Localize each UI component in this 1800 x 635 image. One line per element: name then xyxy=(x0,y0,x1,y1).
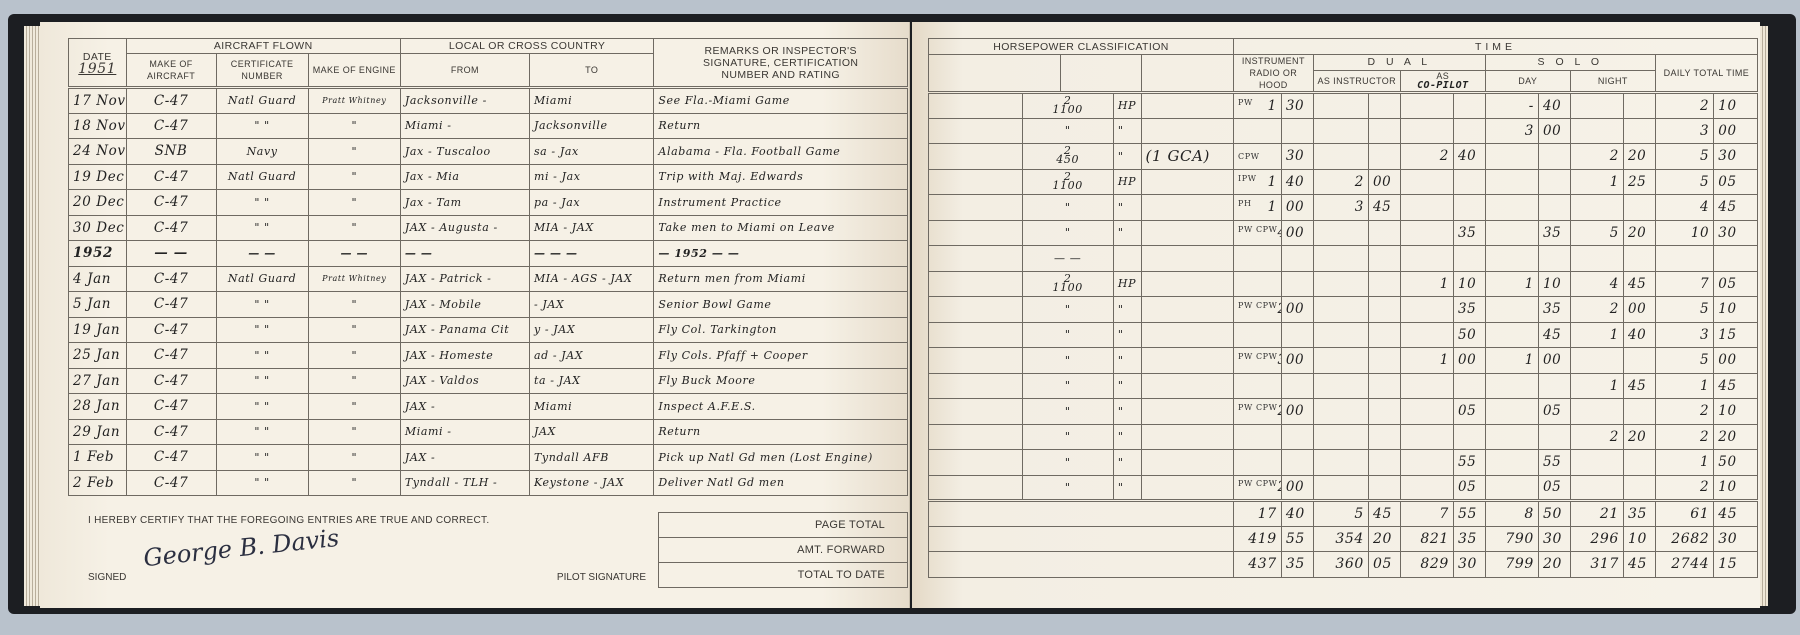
certificate-cell: — — xyxy=(216,241,308,267)
night-minutes-cell xyxy=(1623,195,1655,221)
day-minutes-cell: 00 xyxy=(1538,118,1570,144)
day-hours-cell xyxy=(1485,322,1538,348)
certificate-cell: " " xyxy=(216,445,308,471)
dual-header: D U A L xyxy=(1313,55,1485,71)
from-cell: Miami - xyxy=(400,113,529,139)
hp-blank-a xyxy=(929,399,1023,425)
instrument-hours-cell xyxy=(1234,118,1282,144)
aircraft-cell: C-47 xyxy=(126,113,216,139)
from-cell: Tyndall - TLH - xyxy=(400,470,529,496)
date-header: DATE 1951 xyxy=(69,39,127,88)
note-cell xyxy=(1141,399,1234,425)
remarks-cell: Return xyxy=(654,113,908,139)
hp-stack: " xyxy=(1065,483,1071,492)
instrument-hours-cell xyxy=(1234,322,1282,348)
day-minutes-cell xyxy=(1538,144,1570,170)
total-minutes-cell: 45 xyxy=(1714,373,1758,399)
day-hours-cell: - xyxy=(1485,93,1538,119)
remarks-cell: Alabama - Fla. Football Game xyxy=(654,139,908,165)
table-row: 1952— —— —— —— —— — —— 1952 — — xyxy=(69,241,908,267)
copilot-minutes-cell xyxy=(1453,424,1485,450)
instrument-minutes-cell: 00 xyxy=(1281,348,1313,374)
instrument-minutes-cell xyxy=(1281,246,1313,272)
horsepower: " xyxy=(1065,228,1071,237)
hp-unit-cell xyxy=(1113,246,1141,272)
hp-value-cell: 21100 xyxy=(1022,93,1113,119)
engine-cell: Pratt Whitney xyxy=(308,266,400,292)
engine-cell: " xyxy=(308,394,400,420)
pilot-signature: George B. Davis xyxy=(142,524,340,572)
day-minutes-total: 20 xyxy=(1538,552,1570,578)
instructor-minutes-cell xyxy=(1368,93,1400,119)
remarks-cell: Take men to Miami on Leave xyxy=(654,215,908,241)
remarks-header: REMARKS OR INSPECTOR'S SIGNATURE, CERTIF… xyxy=(654,39,908,88)
copilot-minutes-cell xyxy=(1453,118,1485,144)
remarks-cell: Trip with Maj. Edwards xyxy=(654,164,908,190)
time-header: TIME xyxy=(1234,39,1758,55)
copilot-hours-cell xyxy=(1400,118,1453,144)
night-hours-total: 317 xyxy=(1570,552,1623,578)
date-cell: 29 Jan xyxy=(69,419,127,445)
to-cell: Miami xyxy=(529,88,653,114)
night-hours-cell xyxy=(1570,399,1623,425)
note-cell xyxy=(1141,322,1234,348)
night-hours-cell xyxy=(1570,246,1623,272)
date-cell: 4 Jan xyxy=(69,266,127,292)
night-hours-cell xyxy=(1570,475,1623,501)
hp-value-cell: 2450 xyxy=(1022,144,1113,170)
table-row: 1 FebC-47" ""JAX -Tyndall AFBPick up Nat… xyxy=(69,445,908,471)
total-minutes-cell: 10 xyxy=(1714,93,1758,119)
note-cell xyxy=(1141,271,1234,297)
totals-blank xyxy=(929,501,1234,527)
date-cell: 19 Jan xyxy=(69,317,127,343)
remarks-cell: Deliver Natl Gd men xyxy=(654,470,908,496)
instrument-hours-cell: PW CPW2 xyxy=(1234,399,1282,425)
total-minutes-cell: 00 xyxy=(1714,348,1758,374)
copilot-hours-cell xyxy=(1400,246,1453,272)
table-row: ""145145 xyxy=(929,373,1758,399)
to-cell: ta - JAX xyxy=(529,368,653,394)
hp-blank-a xyxy=(929,424,1023,450)
aircraft-cell: C-47 xyxy=(126,317,216,343)
hp-stack: " xyxy=(1065,381,1071,390)
table-row: 4 JanC-47Natl GuardPratt WhitneyJAX - Pa… xyxy=(69,266,908,292)
total-hours-cell: 10 xyxy=(1655,220,1713,246)
horsepower: " xyxy=(1065,483,1071,492)
tot-minutes-total: 30 xyxy=(1714,526,1758,552)
from-cell: JAX - Panama Cit xyxy=(400,317,529,343)
hp-stack: " xyxy=(1065,407,1071,416)
instrument-minutes-cell xyxy=(1281,424,1313,450)
day-minutes-cell: 35 xyxy=(1538,220,1570,246)
remarks-cell: Pick up Natl Gd men (Lost Engine) xyxy=(654,445,908,471)
engine-cell: " xyxy=(308,343,400,369)
hp-unit-cell: " xyxy=(1113,144,1141,170)
from-cell: JAX - xyxy=(400,394,529,420)
aircraft-cell: C-47 xyxy=(126,292,216,318)
hp-stack: " xyxy=(1065,126,1071,135)
total-hours-cell: 5 xyxy=(1655,144,1713,170)
remarks-cell: Inspect A.F.E.S. xyxy=(654,394,908,420)
as-instructor-header: AS INSTRUCTOR xyxy=(1313,70,1400,92)
page-stack-edge-right xyxy=(1760,26,1768,606)
table-row: ""220220 xyxy=(929,424,1758,450)
instrument-hours: 3 xyxy=(1277,352,1281,368)
instructor-hours-cell: 3 xyxy=(1313,195,1368,221)
engine-cell: " xyxy=(308,470,400,496)
day-hours-cell xyxy=(1485,195,1538,221)
day-minutes-cell: 05 xyxy=(1538,475,1570,501)
copilot-minutes-cell: 50 xyxy=(1453,322,1485,348)
night-hours-cell xyxy=(1570,450,1623,476)
hp-value-cell: " xyxy=(1022,348,1113,374)
from-cell: Jax - Mia xyxy=(400,164,529,190)
instructor-minutes-cell xyxy=(1368,297,1400,323)
flight-log-right-table: HORSEPOWER CLASSIFICATION TIME INSTRUMEN… xyxy=(928,38,1758,578)
instrument-hours-cell xyxy=(1234,450,1282,476)
hp-value-cell: 21100 xyxy=(1022,169,1113,195)
table-row: 2 FebC-47" ""Tyndall - TLH -Keystone - J… xyxy=(69,470,908,496)
instructor-hours-cell xyxy=(1313,297,1368,323)
total-hours-cell: 4 xyxy=(1655,195,1713,221)
horsepower: 1100 xyxy=(1052,105,1082,114)
instructor-minutes-cell xyxy=(1368,373,1400,399)
horsepower: " xyxy=(1065,381,1071,390)
table-row: ""PW CPW2003535200510 xyxy=(929,297,1758,323)
copilot-minutes-cell xyxy=(1453,195,1485,221)
copilot-hours-cell xyxy=(1400,195,1453,221)
night-hours-cell: 4 xyxy=(1570,271,1623,297)
right-table-body: 21100HPPW130-40210""3003002450"(1 GCA)CP… xyxy=(929,93,1758,578)
day-minutes-cell: 05 xyxy=(1538,399,1570,425)
day-minutes-total: 30 xyxy=(1538,526,1570,552)
aircraft-cell: C-47 xyxy=(126,266,216,292)
aircraft-cell: C-47 xyxy=(126,343,216,369)
make-of-engine-header: MAKE OF ENGINE xyxy=(308,54,400,88)
instrument-code: PW CPW xyxy=(1238,403,1277,412)
note-cell xyxy=(1141,348,1234,374)
to-cell: y - JAX xyxy=(529,317,653,343)
to-cell: Keystone - JAX xyxy=(529,470,653,496)
total-minutes-cell: 45 xyxy=(1714,195,1758,221)
day-hours-cell xyxy=(1485,399,1538,425)
date-cell: 30 Dec xyxy=(69,215,127,241)
hp-value-cell: — — xyxy=(1022,246,1113,272)
remarks-cell: Fly Cols. Pfaff + Cooper xyxy=(654,343,908,369)
instructor-minutes-cell xyxy=(1368,118,1400,144)
hp-stack: " xyxy=(1065,330,1071,339)
aircraft-cell: — — xyxy=(126,241,216,267)
instrument-hours: 1 xyxy=(1268,199,1277,215)
hp-blank-a xyxy=(929,322,1023,348)
instructor-minutes-cell: 00 xyxy=(1368,169,1400,195)
instrument-code: PW CPW xyxy=(1238,479,1277,488)
date-cell: 1952 xyxy=(69,241,127,267)
table-row: 24 NovSNBNavy"Jax - Tuscaloosa - JaxAlab… xyxy=(69,139,908,165)
copilot-hours-cell xyxy=(1400,450,1453,476)
day-hours-cell: 1 xyxy=(1485,271,1538,297)
hp-stack: " xyxy=(1065,458,1071,467)
table-row: ""300300 xyxy=(929,118,1758,144)
instrument-code: PW CPW xyxy=(1238,301,1277,310)
year-label: 1951 xyxy=(69,63,126,75)
instrument-hours-cell: PW CPW4 xyxy=(1234,220,1282,246)
instrument-code: PW xyxy=(1238,98,1253,107)
from-cell: Jacksonville - xyxy=(400,88,529,114)
instrument-minutes-cell: 00 xyxy=(1281,220,1313,246)
night-hours-cell: 2 xyxy=(1570,144,1623,170)
date-cell: 20 Dec xyxy=(69,190,127,216)
horsepower: " xyxy=(1065,432,1071,441)
hp-stack: " xyxy=(1065,203,1071,212)
hp-stack: 21100 xyxy=(1052,172,1082,190)
total-minutes-cell: 10 xyxy=(1714,297,1758,323)
day-header: DAY xyxy=(1485,70,1570,92)
make-of-aircraft-header: MAKE OF AIRCRAFT xyxy=(126,54,216,88)
night-minutes-total: 45 xyxy=(1623,552,1655,578)
from-cell: JAX - Homeste xyxy=(400,343,529,369)
inst-minutes-total: 40 xyxy=(1281,501,1313,527)
note-cell xyxy=(1141,93,1234,119)
instructor-minutes-cell xyxy=(1368,144,1400,170)
horsepower: " xyxy=(1065,356,1071,365)
total-hours-cell: 7 xyxy=(1655,271,1713,297)
left-table-body: 17 NovC-47Natl GuardPratt WhitneyJackson… xyxy=(69,88,908,496)
copilot-handwritten-label: CO-PILOT xyxy=(1401,81,1485,90)
hp-blank-3 xyxy=(1141,55,1234,93)
night-minutes-cell: 00 xyxy=(1623,297,1655,323)
instructor-hours-cell xyxy=(1313,118,1368,144)
hp-blank-a xyxy=(929,297,1023,323)
night-hours-cell: 5 xyxy=(1570,220,1623,246)
note-cell xyxy=(1141,450,1234,476)
note-cell xyxy=(1141,118,1234,144)
instructor-minutes-cell xyxy=(1368,322,1400,348)
signed-label: SIGNED xyxy=(88,572,126,583)
day-hours-cell xyxy=(1485,297,1538,323)
night-hours-cell: 1 xyxy=(1570,373,1623,399)
hp-unit-cell: " xyxy=(1113,450,1141,476)
date-cell: 5 Jan xyxy=(69,292,127,318)
note-cell xyxy=(1141,246,1234,272)
hp-value-cell: " xyxy=(1022,399,1113,425)
to-cell: ad - JAX xyxy=(529,343,653,369)
table-row: 25 JanC-47" ""JAX - Homestead - JAXFly C… xyxy=(69,343,908,369)
pilot-signature-label: PILOT SIGNATURE xyxy=(557,572,646,583)
amt-forward-label: AMT. FORWARD xyxy=(659,538,908,563)
night-minutes-total: 10 xyxy=(1623,526,1655,552)
table-row: 21100HPIPW140200125505 xyxy=(929,169,1758,195)
instructor-hours-cell xyxy=(1313,399,1368,425)
total-hours-cell: 5 xyxy=(1655,169,1713,195)
hp-blank-1 xyxy=(929,55,1061,93)
cop-hours-total: 821 xyxy=(1400,526,1453,552)
remarks-cell: Return xyxy=(654,419,908,445)
instructor-hours-cell xyxy=(1313,220,1368,246)
table-row: ""PW CPW2000505210 xyxy=(929,399,1758,425)
instrument-code: IPW xyxy=(1238,174,1257,183)
to-cell: sa - Jax xyxy=(529,139,653,165)
night-minutes-cell xyxy=(1623,450,1655,476)
page-total-row: 174054575585021356145 xyxy=(929,501,1758,527)
hp-blank-a xyxy=(929,475,1023,501)
day-hours-total: 790 xyxy=(1485,526,1538,552)
table-row: 19 JanC-47" ""JAX - Panama City - JAXFly… xyxy=(69,317,908,343)
to-cell: JAX xyxy=(529,419,653,445)
table-row: 20 DecC-47" ""Jax - Tampa - JaxInstrumen… xyxy=(69,190,908,216)
instr-minutes-total: 20 xyxy=(1368,526,1400,552)
totals-labels: PAGE TOTAL AMT. FORWARD TOTAL TO DATE xyxy=(658,512,908,588)
certificate-cell: " " xyxy=(216,317,308,343)
note-cell: (1 GCA) xyxy=(1141,144,1234,170)
day-hours-cell: 1 xyxy=(1485,348,1538,374)
instructor-minutes-cell xyxy=(1368,450,1400,476)
day-hours-cell xyxy=(1485,475,1538,501)
to-cell: MIA - JAX xyxy=(529,215,653,241)
night-hours-cell xyxy=(1570,348,1623,374)
day-hours-cell xyxy=(1485,373,1538,399)
engine-cell: " xyxy=(308,113,400,139)
table-row: ""5045140315 xyxy=(929,322,1758,348)
instrument-code: CPW xyxy=(1238,152,1260,161)
to-cell: — — — xyxy=(529,241,653,267)
night-minutes-cell: 45 xyxy=(1623,373,1655,399)
night-minutes-total: 35 xyxy=(1623,501,1655,527)
engine-cell: " xyxy=(308,317,400,343)
copilot-hours-cell xyxy=(1400,424,1453,450)
total-to-date-label: TOTAL TO DATE xyxy=(659,563,908,588)
table-row: ""PH100345445 xyxy=(929,195,1758,221)
instructor-minutes-cell xyxy=(1368,246,1400,272)
totals-blank xyxy=(929,552,1234,578)
day-minutes-cell xyxy=(1538,246,1570,272)
night-minutes-cell: 20 xyxy=(1623,144,1655,170)
certificate-cell: " " xyxy=(216,113,308,139)
cop-hours-total: 829 xyxy=(1400,552,1453,578)
instrument-hours-cell: IPW1 xyxy=(1234,169,1282,195)
instr-hours-total: 354 xyxy=(1313,526,1368,552)
instrument-hours-cell: PW1 xyxy=(1234,93,1282,119)
total-minutes-cell: 05 xyxy=(1714,271,1758,297)
instrument-hours-cell: PW CPW2 xyxy=(1234,297,1282,323)
hp-unit-cell: HP xyxy=(1113,169,1141,195)
hp-stack: " xyxy=(1065,356,1071,365)
aircraft-cell: C-47 xyxy=(126,215,216,241)
instrument-hours: 1 xyxy=(1268,174,1277,190)
hp-blank-a xyxy=(929,450,1023,476)
to-cell: pa - Jax xyxy=(529,190,653,216)
total-minutes-cell: 50 xyxy=(1714,450,1758,476)
instr-minutes-total: 45 xyxy=(1368,501,1400,527)
hp-stack: " xyxy=(1065,228,1071,237)
total-minutes-cell: 30 xyxy=(1714,220,1758,246)
date-cell: 27 Jan xyxy=(69,368,127,394)
horsepower: 1100 xyxy=(1052,283,1082,292)
remarks-cell: Fly Buck Moore xyxy=(654,368,908,394)
copilot-hours-cell xyxy=(1400,399,1453,425)
table-row: ""PW CPW2000505210 xyxy=(929,475,1758,501)
local-cross-country-header: LOCAL OR CROSS COUNTRY xyxy=(400,39,654,54)
solo-header: S O L O xyxy=(1485,55,1655,71)
instrument-header: INSTRUMENT RADIO OR HOOD xyxy=(1234,55,1314,93)
hp-blank-a xyxy=(929,246,1023,272)
engine-cell: — — xyxy=(308,241,400,267)
day-minutes-cell xyxy=(1538,424,1570,450)
from-cell: JAX - Augusta - xyxy=(400,215,529,241)
total-hours-cell: 3 xyxy=(1655,322,1713,348)
night-hours-cell: 2 xyxy=(1570,424,1623,450)
night-minutes-cell xyxy=(1623,348,1655,374)
amt-forward-row: 4195535420821357903029610268230 xyxy=(929,526,1758,552)
copilot-minutes-cell: 10 xyxy=(1453,271,1485,297)
date-cell: 28 Jan xyxy=(69,394,127,420)
hp-value-cell: " xyxy=(1022,450,1113,476)
horsepower: 1100 xyxy=(1052,181,1082,190)
instrument-hours-cell xyxy=(1234,424,1282,450)
tot-hours-total: 2744 xyxy=(1655,552,1713,578)
instrument-hours: 1 xyxy=(1268,98,1277,114)
night-hours-cell: 1 xyxy=(1570,169,1623,195)
table-row: 2450"(1 GCA)CPW30240220530 xyxy=(929,144,1758,170)
instructor-hours-cell xyxy=(1313,93,1368,119)
certificate-cell: " " xyxy=(216,292,308,318)
copilot-minutes-cell xyxy=(1453,93,1485,119)
night-hours-cell: 1 xyxy=(1570,322,1623,348)
copilot-minutes-cell xyxy=(1453,246,1485,272)
copilot-hours-cell xyxy=(1400,220,1453,246)
instructor-minutes-cell xyxy=(1368,271,1400,297)
night-minutes-cell xyxy=(1623,246,1655,272)
day-minutes-cell xyxy=(1538,169,1570,195)
horsepower: " xyxy=(1065,305,1071,314)
night-hours-total: 21 xyxy=(1570,501,1623,527)
from-cell: JAX - Mobile xyxy=(400,292,529,318)
hp-stack: 21100 xyxy=(1052,96,1082,114)
instr-minutes-total: 05 xyxy=(1368,552,1400,578)
date-cell: 19 Dec xyxy=(69,164,127,190)
day-minutes-cell: 10 xyxy=(1538,271,1570,297)
instrument-minutes-cell xyxy=(1281,322,1313,348)
total-minutes-cell: 20 xyxy=(1714,424,1758,450)
instrument-hours-cell xyxy=(1234,373,1282,399)
instrument-code: PW CPW xyxy=(1238,225,1277,234)
instructor-hours-cell xyxy=(1313,322,1368,348)
instructor-minutes-cell xyxy=(1368,348,1400,374)
certificate-cell: " " xyxy=(216,190,308,216)
instructor-hours-cell xyxy=(1313,246,1368,272)
to-cell: mi - Jax xyxy=(529,164,653,190)
horsepower: " xyxy=(1065,407,1071,416)
day-minutes-cell: 45 xyxy=(1538,322,1570,348)
remarks-cell: Senior Bowl Game xyxy=(654,292,908,318)
copilot-hours-cell: 1 xyxy=(1400,271,1453,297)
night-minutes-cell: 40 xyxy=(1623,322,1655,348)
total-hours-cell: 2 xyxy=(1655,399,1713,425)
copilot-minutes-cell xyxy=(1453,373,1485,399)
hp-value-cell: " xyxy=(1022,220,1113,246)
horsepower: " xyxy=(1065,458,1071,467)
engine-cell: " xyxy=(308,368,400,394)
day-hours-cell xyxy=(1485,246,1538,272)
daily-total-header: DAILY TOTAL TIME xyxy=(1655,55,1757,93)
instrument-minutes-cell: 00 xyxy=(1281,195,1313,221)
aircraft-cell: C-47 xyxy=(126,368,216,394)
from-cell: Jax - Tuscaloo xyxy=(400,139,529,165)
day-minutes-total: 50 xyxy=(1538,501,1570,527)
instructor-minutes-cell xyxy=(1368,399,1400,425)
from-cell: Miami - xyxy=(400,419,529,445)
